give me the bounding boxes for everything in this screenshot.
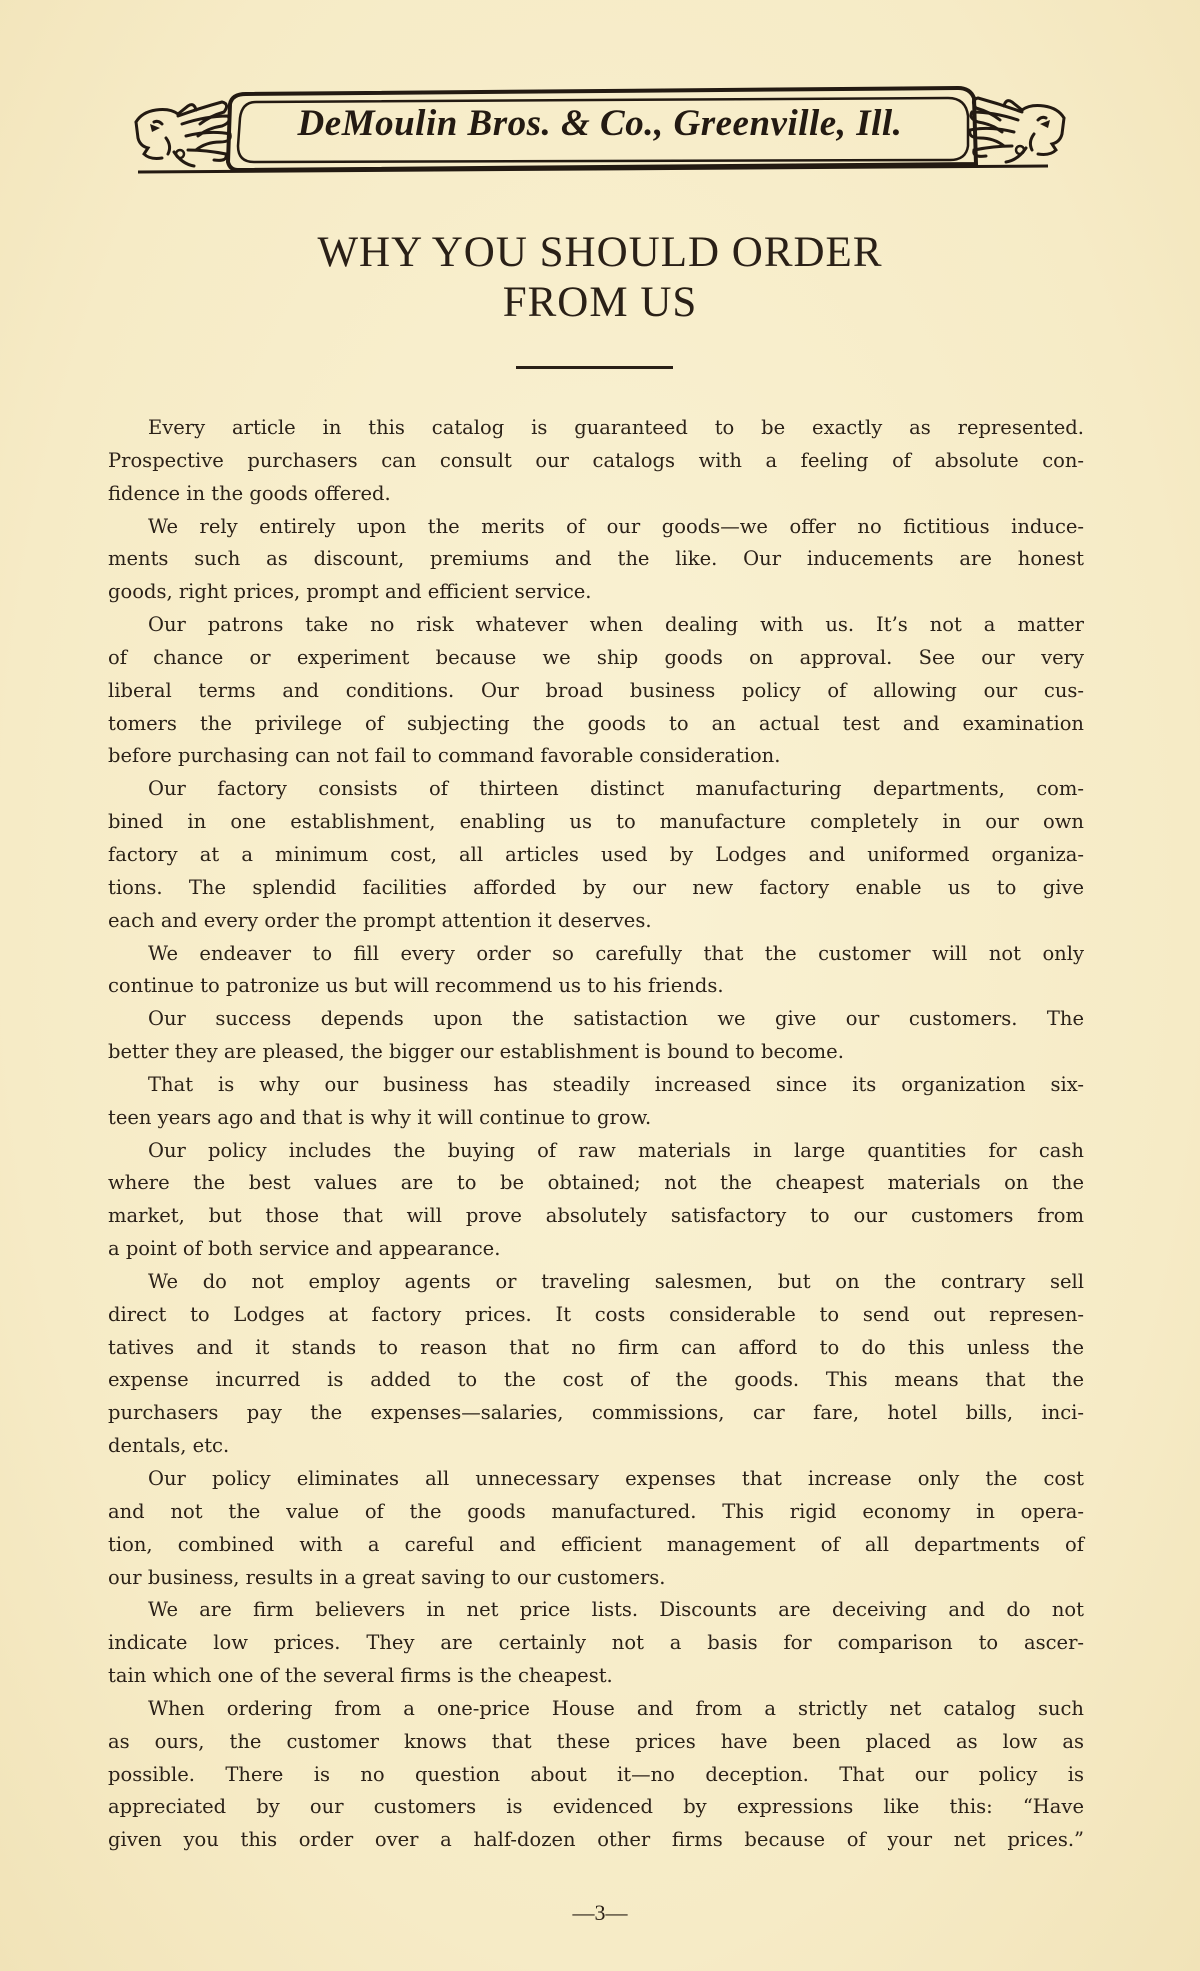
text-line: Our policy eliminates all unnecessary ex…: [108, 1463, 1084, 1496]
text-line: our business, results in a great saving …: [108, 1562, 1084, 1595]
text-line: We are firm believers in net price lists…: [108, 1594, 1084, 1627]
text-line: liberal terms and conditions. Our broad …: [108, 675, 1084, 708]
paragraph: That is why our business has steadily in…: [108, 1069, 1084, 1135]
text-line: Prospective purchasers can consult our c…: [108, 445, 1084, 478]
text-line: tain which one of the several firms is t…: [108, 1660, 1084, 1693]
company-name-banner-text: DeMoulin Bros. & Co., Greenville, Ill.: [258, 102, 942, 145]
paragraph: When ordering from a one-price House and…: [108, 1693, 1084, 1857]
text-line: Our success depends upon the satistactio…: [108, 1003, 1084, 1036]
paragraph: We rely entirely upon the merits of our …: [108, 511, 1084, 610]
page-title-line-1: WHY YOU SHOULD ORDER: [0, 228, 1200, 278]
text-line: tion, combined with a careful and effici…: [108, 1529, 1084, 1562]
text-line: each and every order the prompt attentio…: [108, 905, 1084, 938]
text-line: dentals, etc.: [108, 1430, 1084, 1463]
title-divider-rule: [516, 366, 673, 369]
paragraph: Every article in this catalog is guarant…: [108, 412, 1084, 511]
text-line: purchasers pay the expenses—salaries, co…: [108, 1397, 1084, 1430]
paragraph: Our factory consists of thirteen distinc…: [108, 773, 1084, 937]
text-line: goods, right prices, prompt and efficien…: [108, 576, 1084, 609]
text-line: bined in one establishment, enabling us …: [108, 806, 1084, 839]
page-number: —3—: [0, 1900, 1200, 1926]
lion-head-icon-right: [958, 90, 1070, 170]
text-line: before purchasing can not fail to comman…: [108, 740, 1084, 773]
paragraph: Our policy eliminates all unnecessary ex…: [108, 1463, 1084, 1594]
text-line: a point of both service and appearance.: [108, 1233, 1084, 1266]
text-line: indicate low prices. They are certainly …: [108, 1627, 1084, 1660]
text-line: appreciated by our customers is evidence…: [108, 1791, 1084, 1824]
body-text: Every article in this catalog is guarant…: [108, 412, 1084, 1857]
text-line: of chance or experiment because we ship …: [108, 642, 1084, 675]
text-line: as ours, the customer knows that these p…: [108, 1726, 1084, 1759]
text-line: That is why our business has steadily in…: [108, 1069, 1084, 1102]
text-line: given you this order over a half-dozen o…: [108, 1824, 1084, 1857]
text-line: continue to patronize us but will recomm…: [108, 970, 1084, 1003]
paragraph: We endeaver to fill every order so caref…: [108, 938, 1084, 1004]
paragraph: Our patrons take no risk whatever when d…: [108, 609, 1084, 773]
catalog-header-banner: DeMoulin Bros. & Co., Greenville, Ill.: [128, 76, 1072, 182]
text-line: tomers the privilege of subjecting the g…: [108, 708, 1084, 741]
text-line: expense incurred is added to the cost of…: [108, 1364, 1084, 1397]
lion-head-icon-left: [130, 94, 242, 174]
text-line: We rely entirely upon the merits of our …: [108, 511, 1084, 544]
text-line: When ordering from a one-price House and…: [108, 1693, 1084, 1726]
paragraph: Our success depends upon the satistactio…: [108, 1003, 1084, 1069]
text-line: factory at a minimum cost, all articles …: [108, 839, 1084, 872]
text-line: market, but those that will prove absolu…: [108, 1200, 1084, 1233]
paragraph: We do not employ agents or traveling sal…: [108, 1266, 1084, 1463]
text-line: We do not employ agents or traveling sal…: [108, 1266, 1084, 1299]
page-title-line-2: FROM US: [0, 278, 1200, 328]
text-line: Our policy includes the buying of raw ma…: [108, 1135, 1084, 1168]
text-line: and not the value of the goods manufactu…: [108, 1496, 1084, 1529]
text-line: Our patrons take no risk whatever when d…: [108, 609, 1084, 642]
text-line: tions. The splendid facilities afforded …: [108, 872, 1084, 905]
text-line: tatives and it stands to reason that no …: [108, 1332, 1084, 1365]
paragraph: Our policy includes the buying of raw ma…: [108, 1135, 1084, 1266]
text-line: Our factory consists of thirteen distinc…: [108, 773, 1084, 806]
text-line: Every article in this catalog is guarant…: [108, 412, 1084, 445]
text-line: direct to Lodges at factory prices. It c…: [108, 1299, 1084, 1332]
text-line: ments such as discount, premiums and the…: [108, 543, 1084, 576]
text-line: We endeaver to fill every order so caref…: [108, 938, 1084, 971]
text-line: teen years ago and that is why it will c…: [108, 1102, 1084, 1135]
text-line: possible. There is no question about it—…: [108, 1759, 1084, 1792]
text-line: where the best values are to be obtained…: [108, 1167, 1084, 1200]
text-line: better they are pleased, the bigger our …: [108, 1036, 1084, 1069]
page-title: WHY YOU SHOULD ORDER FROM US: [0, 228, 1200, 328]
paragraph: We are firm believers in net price lists…: [108, 1594, 1084, 1693]
text-line: fidence in the goods offered.: [108, 478, 1084, 511]
